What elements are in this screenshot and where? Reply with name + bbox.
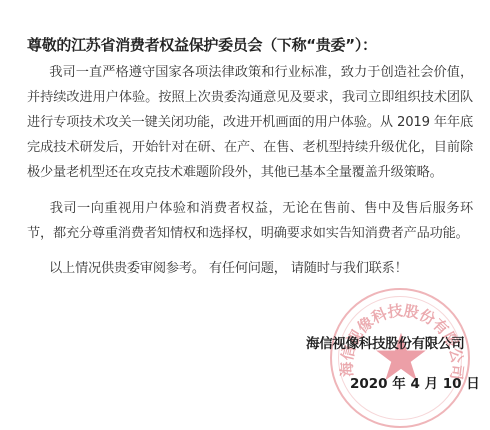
signatory-company: 海信视像科技股份有限公司	[306, 332, 464, 352]
company-seal-stamp: 海信视像科技股份有限公司	[330, 288, 470, 428]
salutation: 尊敬的江苏省消费者权益保护委员会（下称“贵委”）：	[27, 34, 377, 55]
paragraph-3: 以上情况供贵委审阅参考。 有任何问题， 请随时与我们联系！	[27, 256, 473, 281]
paragraph-2: 我司一向重视用户体验和消费者权益，无论在售前、售中及售后服务环节，都充分尊重消费…	[27, 196, 473, 246]
paragraph-1-text: 我司一直严格遵守国家各项法律政策和行业标准，致力于创造社会价值，并持续改进用户体…	[27, 65, 473, 180]
paragraph-3-text: 以上情况供贵委审阅参考。 有任何问题， 请随时与我们联系！	[49, 261, 408, 276]
signature-date: 2020 年 4 月 10 日	[350, 372, 480, 392]
paragraph-2-text: 我司一向重视用户体验和消费者权益，无论在售前、售中及售后服务环节，都充分尊重消费…	[27, 201, 473, 241]
paragraph-1: 我司一直严格遵守国家各项法律政策和行业标准，致力于创造社会价值，并持续改进用户体…	[27, 60, 473, 185]
